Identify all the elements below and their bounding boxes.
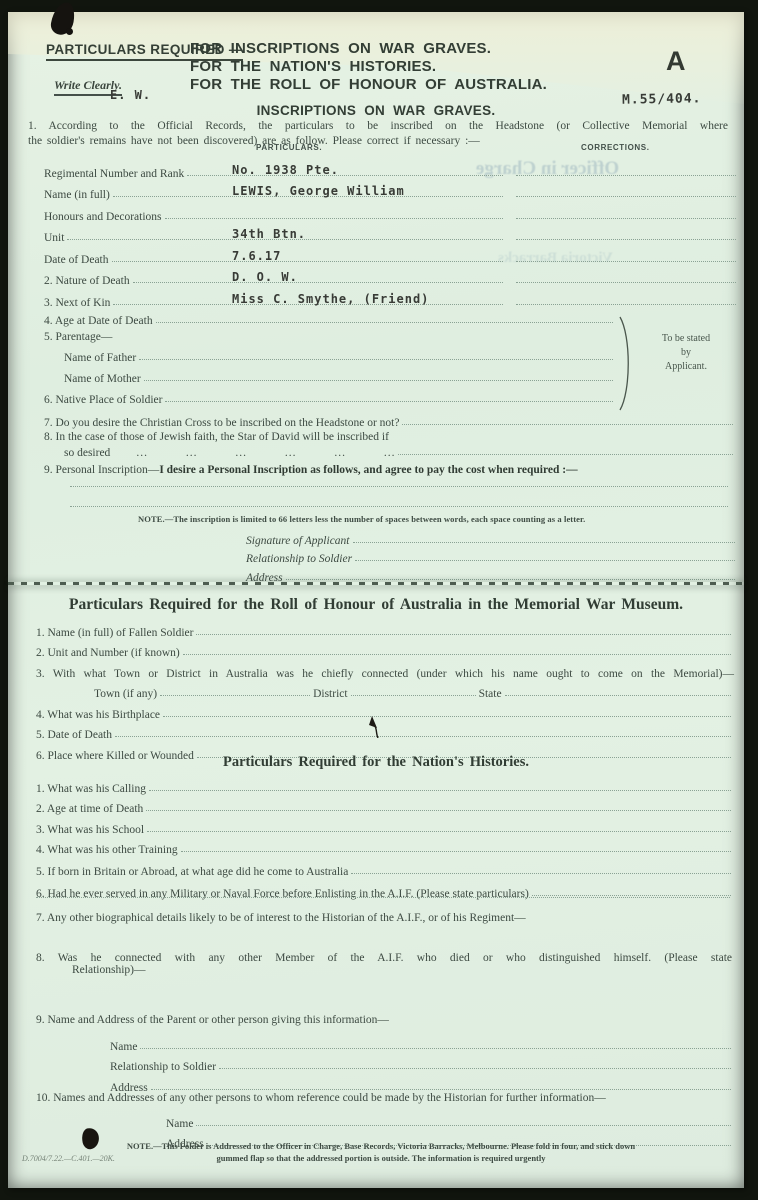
table-row: 1. What was his Calling bbox=[36, 774, 734, 795]
signature-block: Signature of Applicant Relationship to S… bbox=[246, 528, 738, 584]
typed-value: Miss C. Smythe, (Friend) bbox=[232, 292, 429, 306]
title-line: FOR INSCRIPTIONS ON WAR GRAVES. bbox=[190, 40, 547, 58]
field-label: Relationship to Soldier bbox=[110, 1061, 216, 1073]
answer-line bbox=[160, 695, 310, 696]
table-row: Name of Father bbox=[44, 343, 616, 364]
particulars-table: Regimental Number and Rank No. 1938 Pte.… bbox=[44, 158, 736, 309]
section1-title: INSCRIPTIONS ON WAR GRAVES. bbox=[8, 103, 744, 118]
answer-line bbox=[144, 380, 613, 381]
table-row: Name bbox=[36, 1109, 734, 1130]
field-label: 1. Name (in full) of Fallen Soldier bbox=[36, 627, 193, 639]
note-line: gummed flap so that the addressed portio… bbox=[32, 1152, 730, 1164]
title-line: FOR THE ROLL OF HONOUR OF AUSTRALIA. bbox=[190, 76, 547, 94]
brace-note-text: To be stated by Applicant. bbox=[640, 332, 732, 374]
answer-line bbox=[112, 261, 504, 262]
table-row: so desired ... ... ... ... ... ... bbox=[44, 443, 736, 459]
question-10: 10. Names and Addresses of any other per… bbox=[36, 1092, 732, 1104]
field-label: 6. Had he ever served in any Military or… bbox=[36, 888, 529, 900]
field-label: 10. Names and Addresses of any other per… bbox=[36, 1092, 606, 1104]
field-label: Name bbox=[110, 1041, 137, 1053]
table-row: Date of Death 7.6.17 bbox=[44, 244, 736, 266]
table-row: 2. Nature of Death D. O. W. bbox=[44, 266, 736, 288]
table-row: 5. Parentage— bbox=[44, 327, 616, 343]
section2-rows: 1. Name (in full) of Fallen Soldier 2. U… bbox=[36, 618, 734, 762]
table-row: Relationship to Soldier bbox=[246, 547, 738, 566]
answer-line bbox=[398, 454, 733, 455]
answer-line bbox=[402, 424, 733, 425]
field-label: 9. Name and Address of the Parent or oth… bbox=[36, 1014, 389, 1026]
note-line: NOTE.—This Folder is Addressed to the Of… bbox=[32, 1140, 730, 1152]
answer-line bbox=[196, 1125, 731, 1126]
table-row: Relationship to Soldier bbox=[36, 1053, 734, 1074]
typed-value: No. 1938 Pte. bbox=[232, 163, 339, 177]
table-row: Town (if any) District State bbox=[36, 680, 734, 701]
table-row: Name bbox=[36, 1032, 734, 1053]
table-row: 2. Unit and Number (if known) bbox=[36, 639, 734, 660]
question-7: 7. Do you desire the Christian Cross to … bbox=[44, 412, 736, 429]
field-label: 8. In the case of those of Jewish faith,… bbox=[44, 431, 389, 443]
table-row: 3. Next of Kin Miss C. Smythe, (Friend) bbox=[44, 287, 736, 309]
table-row: Unit 34th Btn. bbox=[44, 223, 736, 245]
field-label: District bbox=[313, 688, 348, 700]
printer-imprint: D.7004/7.22.—C.401.—20K. bbox=[22, 1154, 115, 1163]
field-label: Name (in full) bbox=[44, 189, 110, 201]
corrections-line bbox=[516, 175, 736, 176]
answer-line bbox=[286, 579, 735, 580]
table-row: 1. Name (in full) of Fallen Soldier bbox=[36, 618, 734, 639]
section3-rows: 1. What was his Calling 2. Age at time o… bbox=[36, 774, 734, 900]
corrections-line bbox=[516, 304, 736, 305]
corrections-line bbox=[516, 196, 736, 197]
corrections-column-header: CORRECTIONS. bbox=[581, 143, 650, 152]
question-9-parent: 9. Name and Address of the Parent or oth… bbox=[36, 1014, 732, 1026]
typed-value: 7.6.17 bbox=[232, 249, 281, 263]
answer-line bbox=[156, 322, 613, 323]
field-label: 8. Was he connected with any other Membe… bbox=[36, 952, 732, 964]
field-label: 4. Age at Date of Death bbox=[44, 315, 153, 327]
field-label: 5. If born in Britain or Abroad, at what… bbox=[36, 866, 348, 878]
scanned-document: Officer in Charge Victoria Barracks PART… bbox=[0, 0, 758, 1200]
answer-line bbox=[165, 218, 503, 219]
table-row: 3. With what Town or District in Austral… bbox=[36, 659, 734, 680]
table-row: Address bbox=[36, 1073, 734, 1094]
answer-line bbox=[146, 810, 731, 811]
field-label: 7. Any other biographical details likely… bbox=[36, 912, 526, 924]
inscription-note: NOTE.—The inscription is limited to 66 l… bbox=[138, 514, 694, 524]
perforation-line bbox=[8, 582, 744, 585]
field-label: Town (if any) bbox=[94, 688, 157, 700]
parentage-block: 4. Age at Date of Death 5. Parentage— Na… bbox=[44, 310, 736, 406]
answer-line bbox=[181, 851, 731, 852]
section2-title: Particulars Required for the Roll of Hon… bbox=[8, 596, 744, 614]
table-row: 4. Age at Date of Death bbox=[44, 310, 616, 327]
field-label: 2. Nature of Death bbox=[44, 275, 130, 287]
field-label: 1. What was his Calling bbox=[36, 783, 146, 795]
particulars-column-header: PARTICULARS. bbox=[256, 143, 322, 152]
field-label: Honours and Decorations bbox=[44, 211, 162, 223]
table-row: 7. Do you desire the Christian Cross to … bbox=[44, 412, 736, 429]
table-row: 4. What was his other Training bbox=[36, 836, 734, 857]
field-label: State bbox=[479, 688, 502, 700]
field-label: 5. Parentage— bbox=[44, 331, 112, 343]
section3-title: Particulars Required for the Nation's Hi… bbox=[8, 754, 744, 771]
answer-line bbox=[147, 831, 731, 832]
inscription-line bbox=[70, 486, 728, 487]
answer-line bbox=[133, 282, 503, 283]
field-label: Relationship)— bbox=[36, 964, 732, 976]
table-row: 4. What was his Birthplace bbox=[36, 700, 734, 721]
q9-bold: I desire a Personal Inscription as follo… bbox=[159, 464, 577, 476]
field-label: 2. Age at time of Death bbox=[36, 803, 143, 815]
answer-line bbox=[139, 359, 613, 360]
answer-line bbox=[532, 895, 731, 896]
table-row: Name of Mother bbox=[44, 364, 616, 385]
answer-line bbox=[219, 1068, 731, 1069]
brace-icon bbox=[618, 316, 634, 411]
table-row: 6. Native Place of Soldier bbox=[44, 385, 616, 406]
answer-line bbox=[165, 401, 613, 402]
note-line: Applicant. bbox=[640, 360, 732, 374]
applicant-note: To be stated by Applicant. bbox=[618, 316, 736, 411]
table-row: 5. Date of Death bbox=[36, 721, 734, 742]
folder-instructions: NOTE.—This Folder is Addressed to the Of… bbox=[32, 1140, 730, 1164]
question-8-connected: 8. Was he connected with any other Membe… bbox=[36, 952, 732, 976]
field-label: Name of Father bbox=[44, 352, 136, 364]
table-row: 8. In the case of those of Jewish faith,… bbox=[44, 428, 736, 443]
question-9-subrows: Name Relationship to Soldier Address bbox=[36, 1032, 734, 1094]
q9-prefix: 9. Personal Inscription— bbox=[44, 464, 159, 476]
corrections-line bbox=[516, 261, 736, 262]
typed-initials: E. W. bbox=[110, 88, 151, 102]
ink-arrow-mark-icon bbox=[368, 716, 382, 738]
field-label: 4. What was his Birthplace bbox=[36, 709, 160, 721]
answer-line bbox=[196, 634, 731, 635]
note-line: by bbox=[640, 346, 732, 360]
corrections-line bbox=[516, 218, 736, 219]
leader-dots: ... ... ... ... ... ... bbox=[136, 447, 395, 459]
title-line: FOR THE NATION'S HISTORIES. bbox=[190, 58, 547, 76]
question-8: 8. In the case of those of Jewish faith,… bbox=[44, 428, 736, 459]
intro-line: 1. According to the Official Records, th… bbox=[28, 119, 728, 134]
inscription-line bbox=[70, 506, 728, 507]
form-title-right: FOR INSCRIPTIONS ON WAR GRAVES. FOR THE … bbox=[190, 40, 547, 94]
field-label: Signature of Applicant bbox=[246, 535, 350, 547]
table-row: 9. Personal Inscription—I desire a Perso… bbox=[44, 461, 736, 476]
typed-value: D. O. W. bbox=[232, 270, 298, 284]
answer-line bbox=[149, 790, 731, 791]
field-label: Name bbox=[166, 1118, 193, 1130]
field-label: 9. Personal Inscription—I desire a Perso… bbox=[44, 464, 578, 476]
field-label: so desired bbox=[44, 447, 110, 459]
answer-line bbox=[140, 1048, 731, 1049]
answer-line bbox=[36, 897, 730, 898]
answer-line bbox=[355, 560, 735, 561]
note-line: To be stated bbox=[640, 332, 732, 346]
answer-line bbox=[183, 654, 731, 655]
field-label: 3. With what Town or District in Austral… bbox=[36, 668, 734, 680]
field-label: Date of Death bbox=[44, 254, 109, 266]
corner-letter: A bbox=[666, 46, 686, 77]
table-row: Address bbox=[246, 565, 738, 584]
answer-line bbox=[353, 542, 736, 543]
table-row: Name (in full) LEWIS, George William bbox=[44, 180, 736, 202]
answer-line bbox=[115, 736, 731, 737]
field-label: Relationship to Soldier bbox=[246, 553, 352, 565]
field-label: 5. Date of Death bbox=[36, 729, 112, 741]
ink-blot-icon bbox=[66, 28, 73, 35]
table-row: 3. What was his School bbox=[36, 815, 734, 836]
answer-line bbox=[151, 1089, 731, 1090]
table-row: Regimental Number and Rank No. 1938 Pte. bbox=[44, 158, 736, 180]
question-9: 9. Personal Inscription—I desire a Perso… bbox=[44, 461, 736, 476]
question-7-bio: 7. Any other biographical details likely… bbox=[36, 912, 732, 924]
field-label: 4. What was his other Training bbox=[36, 844, 178, 856]
field-label: 2. Unit and Number (if known) bbox=[36, 647, 180, 659]
field-label: 3. Next of Kin bbox=[44, 297, 110, 309]
table-row: Honours and Decorations bbox=[44, 201, 736, 223]
field-label: 6. Native Place of Soldier bbox=[44, 394, 162, 406]
answer-line bbox=[351, 873, 731, 874]
field-label: 3. What was his School bbox=[36, 824, 144, 836]
answer-line bbox=[505, 695, 731, 696]
answer-line bbox=[351, 695, 476, 696]
typed-value: LEWIS, George William bbox=[232, 184, 405, 198]
table-row: Signature of Applicant bbox=[246, 528, 738, 547]
table-row: 5. If born in Britain or Abroad, at what… bbox=[36, 856, 734, 878]
table-row: 2. Age at time of Death bbox=[36, 795, 734, 816]
typed-value: 34th Btn. bbox=[232, 227, 306, 241]
field-label: Name of Mother bbox=[44, 373, 141, 385]
form-paper: Officer in Charge Victoria Barracks PART… bbox=[8, 12, 744, 1188]
answer-line bbox=[163, 716, 731, 717]
field-label: Unit bbox=[44, 232, 64, 244]
field-label: Regimental Number and Rank bbox=[44, 168, 184, 180]
corrections-line bbox=[516, 239, 736, 240]
corrections-line bbox=[516, 282, 736, 283]
intro-line: the soldier's remains have not been disc… bbox=[28, 135, 480, 147]
